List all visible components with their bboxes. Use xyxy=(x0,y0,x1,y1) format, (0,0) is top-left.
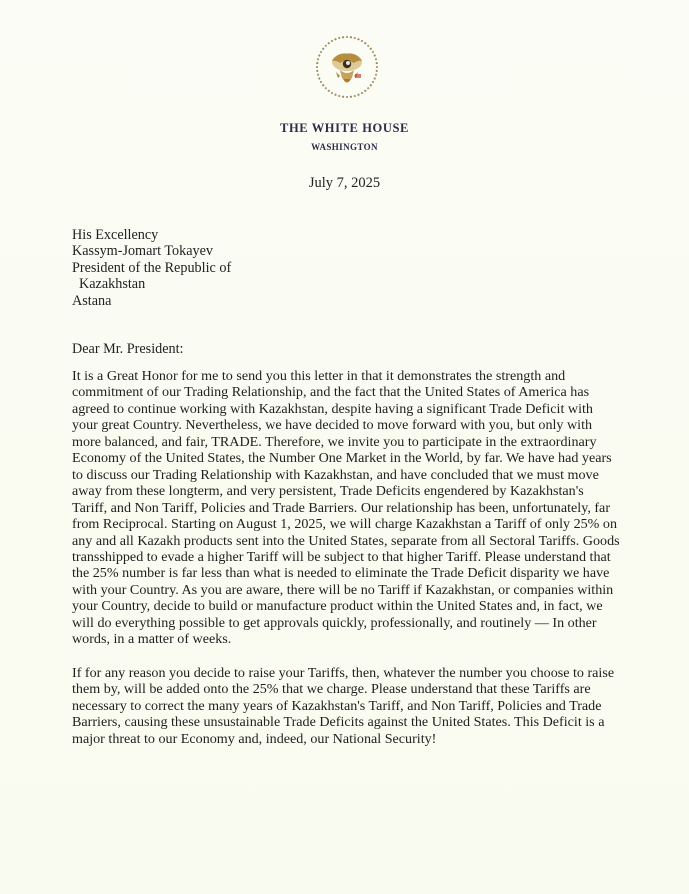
body-line: It is a Great Honor for me to send you t… xyxy=(72,368,632,384)
body-line: Barriers, causing these unsustainable Tr… xyxy=(72,714,632,730)
salutation: Dear Mr. President: xyxy=(72,341,184,358)
body-line: from Reciprocal. Starting on August 1, 2… xyxy=(72,516,632,532)
body-line: the 25% number is far less than what is … xyxy=(72,565,632,581)
body-line: Tariff, and Non Tariff, Policies and Tra… xyxy=(72,500,632,516)
body-line: will do everything possible to get appro… xyxy=(72,615,632,631)
body-line: any and all Kazakh products sent into th… xyxy=(72,533,632,549)
recipient-line: His Excellency xyxy=(72,227,231,243)
letter-date: July 7, 2025 xyxy=(0,175,689,192)
presidential-seal-icon xyxy=(314,34,380,100)
recipient-address: His Excellency Kassym-Jomart Tokayev Pre… xyxy=(72,227,231,309)
body-line: agreed to continue working with Kazakhst… xyxy=(72,401,632,417)
body-paragraph-1: It is a Great Honor for me to send you t… xyxy=(72,368,632,648)
body-line: to discuss our Trading Relationship with… xyxy=(72,467,632,483)
body-line: If for any reason you decide to raise yo… xyxy=(72,665,632,681)
body-line: words, in a matter of weeks. xyxy=(72,631,632,647)
letter-page: THE WHITE HOUSE WASHINGTON July 7, 2025 … xyxy=(0,0,689,894)
letterhead-subtitle: WASHINGTON xyxy=(0,142,689,152)
recipient-line: Astana xyxy=(72,293,231,309)
body-line: your Country, decide to build or manufac… xyxy=(72,598,632,614)
body-line: necessary to correct the many years of K… xyxy=(72,698,632,714)
body-line: more balanced, and fair, TRADE. Therefor… xyxy=(72,434,632,450)
body-line: Economy of the United States, the Number… xyxy=(72,450,632,466)
body-line: your great Country. Nevertheless, we hav… xyxy=(72,417,632,433)
body-line: major threat to our Economy and, indeed,… xyxy=(72,731,632,747)
recipient-line: Kazakhstan xyxy=(72,276,231,292)
body-line: transshipped to evade a higher Tariff wi… xyxy=(72,549,632,565)
recipient-line: Kassym-Jomart Tokayev xyxy=(72,243,231,259)
recipient-line: President of the Republic of xyxy=(72,260,231,276)
letterhead-title: THE WHITE HOUSE xyxy=(0,121,689,136)
body-line: them by, will be added onto the 25% that… xyxy=(72,681,632,697)
body-line: commitment of our Trading Relationship, … xyxy=(72,384,632,400)
body-paragraph-2: If for any reason you decide to raise yo… xyxy=(72,665,632,747)
body-line: with your Country. As you are aware, the… xyxy=(72,582,632,598)
body-line: away from these longterm, and very persi… xyxy=(72,483,632,499)
